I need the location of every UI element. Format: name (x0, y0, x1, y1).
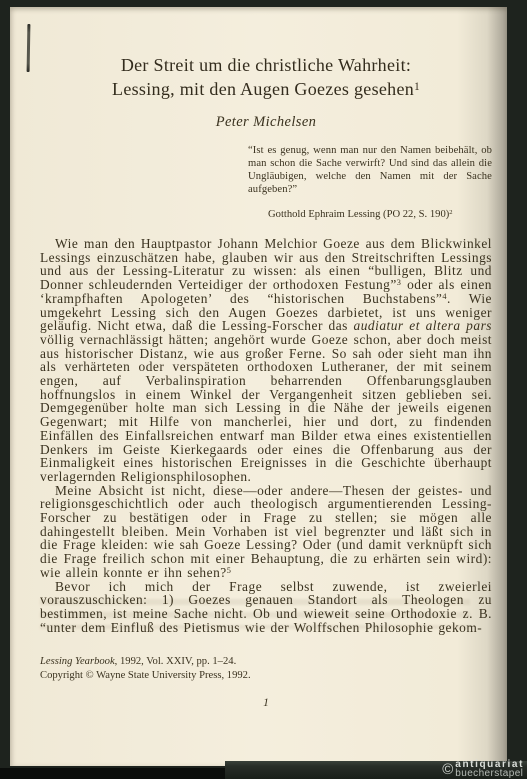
page-content: Der Streit um die christliche Wahrheit: … (40, 53, 492, 709)
paragraph-2: Meine Absicht ist nicht, diese—oder ande… (40, 484, 492, 580)
bottom-strip-left (0, 768, 225, 779)
body-text: Wie man den Hauptpastor Johann Melchior … (40, 237, 492, 634)
watermark-line-2: buecherstapel (455, 769, 524, 778)
title-line-2: Lessing, mit den Augen Goezes gesehen1 (40, 77, 492, 101)
watermark-lines: antiquariat buecherstapel (455, 760, 524, 778)
page-number: 1 (40, 697, 492, 709)
seller-watermark: © antiquariat buecherstapel (442, 760, 524, 778)
paragraph-1: Wie man den Hauptpastor Johann Melchior … (40, 237, 492, 484)
scanned-page-background: Der Streit um die christliche Wahrheit: … (0, 0, 527, 779)
epigraph-text: “Ist es genug, wenn man nur den Namen be… (248, 144, 492, 196)
footnote-copyright-line: Copyright © Wayne State University Press… (40, 669, 492, 682)
article-title: Der Streit um die christliche Wahrheit: … (40, 53, 492, 101)
epigraph-attribution: Gotthold Ephraim Lessing (PO 22, S. 190)… (268, 209, 492, 220)
paper-sheet: Der Streit um die christliche Wahrheit: … (10, 7, 507, 766)
footnote-block: Lessing Yearbook, 1992, Vol. XXIV, pp. 1… (40, 655, 492, 681)
author-name: Peter Michelsen (40, 114, 492, 131)
title-line-1: Der Streit um die christliche Wahrheit: (40, 53, 492, 77)
paragraph-3: Bevor ich mich der Frage selbst zuwende,… (40, 580, 492, 635)
footnote-source-line: Lessing Yearbook, 1992, Vol. XXIV, pp. 1… (40, 655, 492, 668)
copyright-icon: © (442, 762, 453, 777)
